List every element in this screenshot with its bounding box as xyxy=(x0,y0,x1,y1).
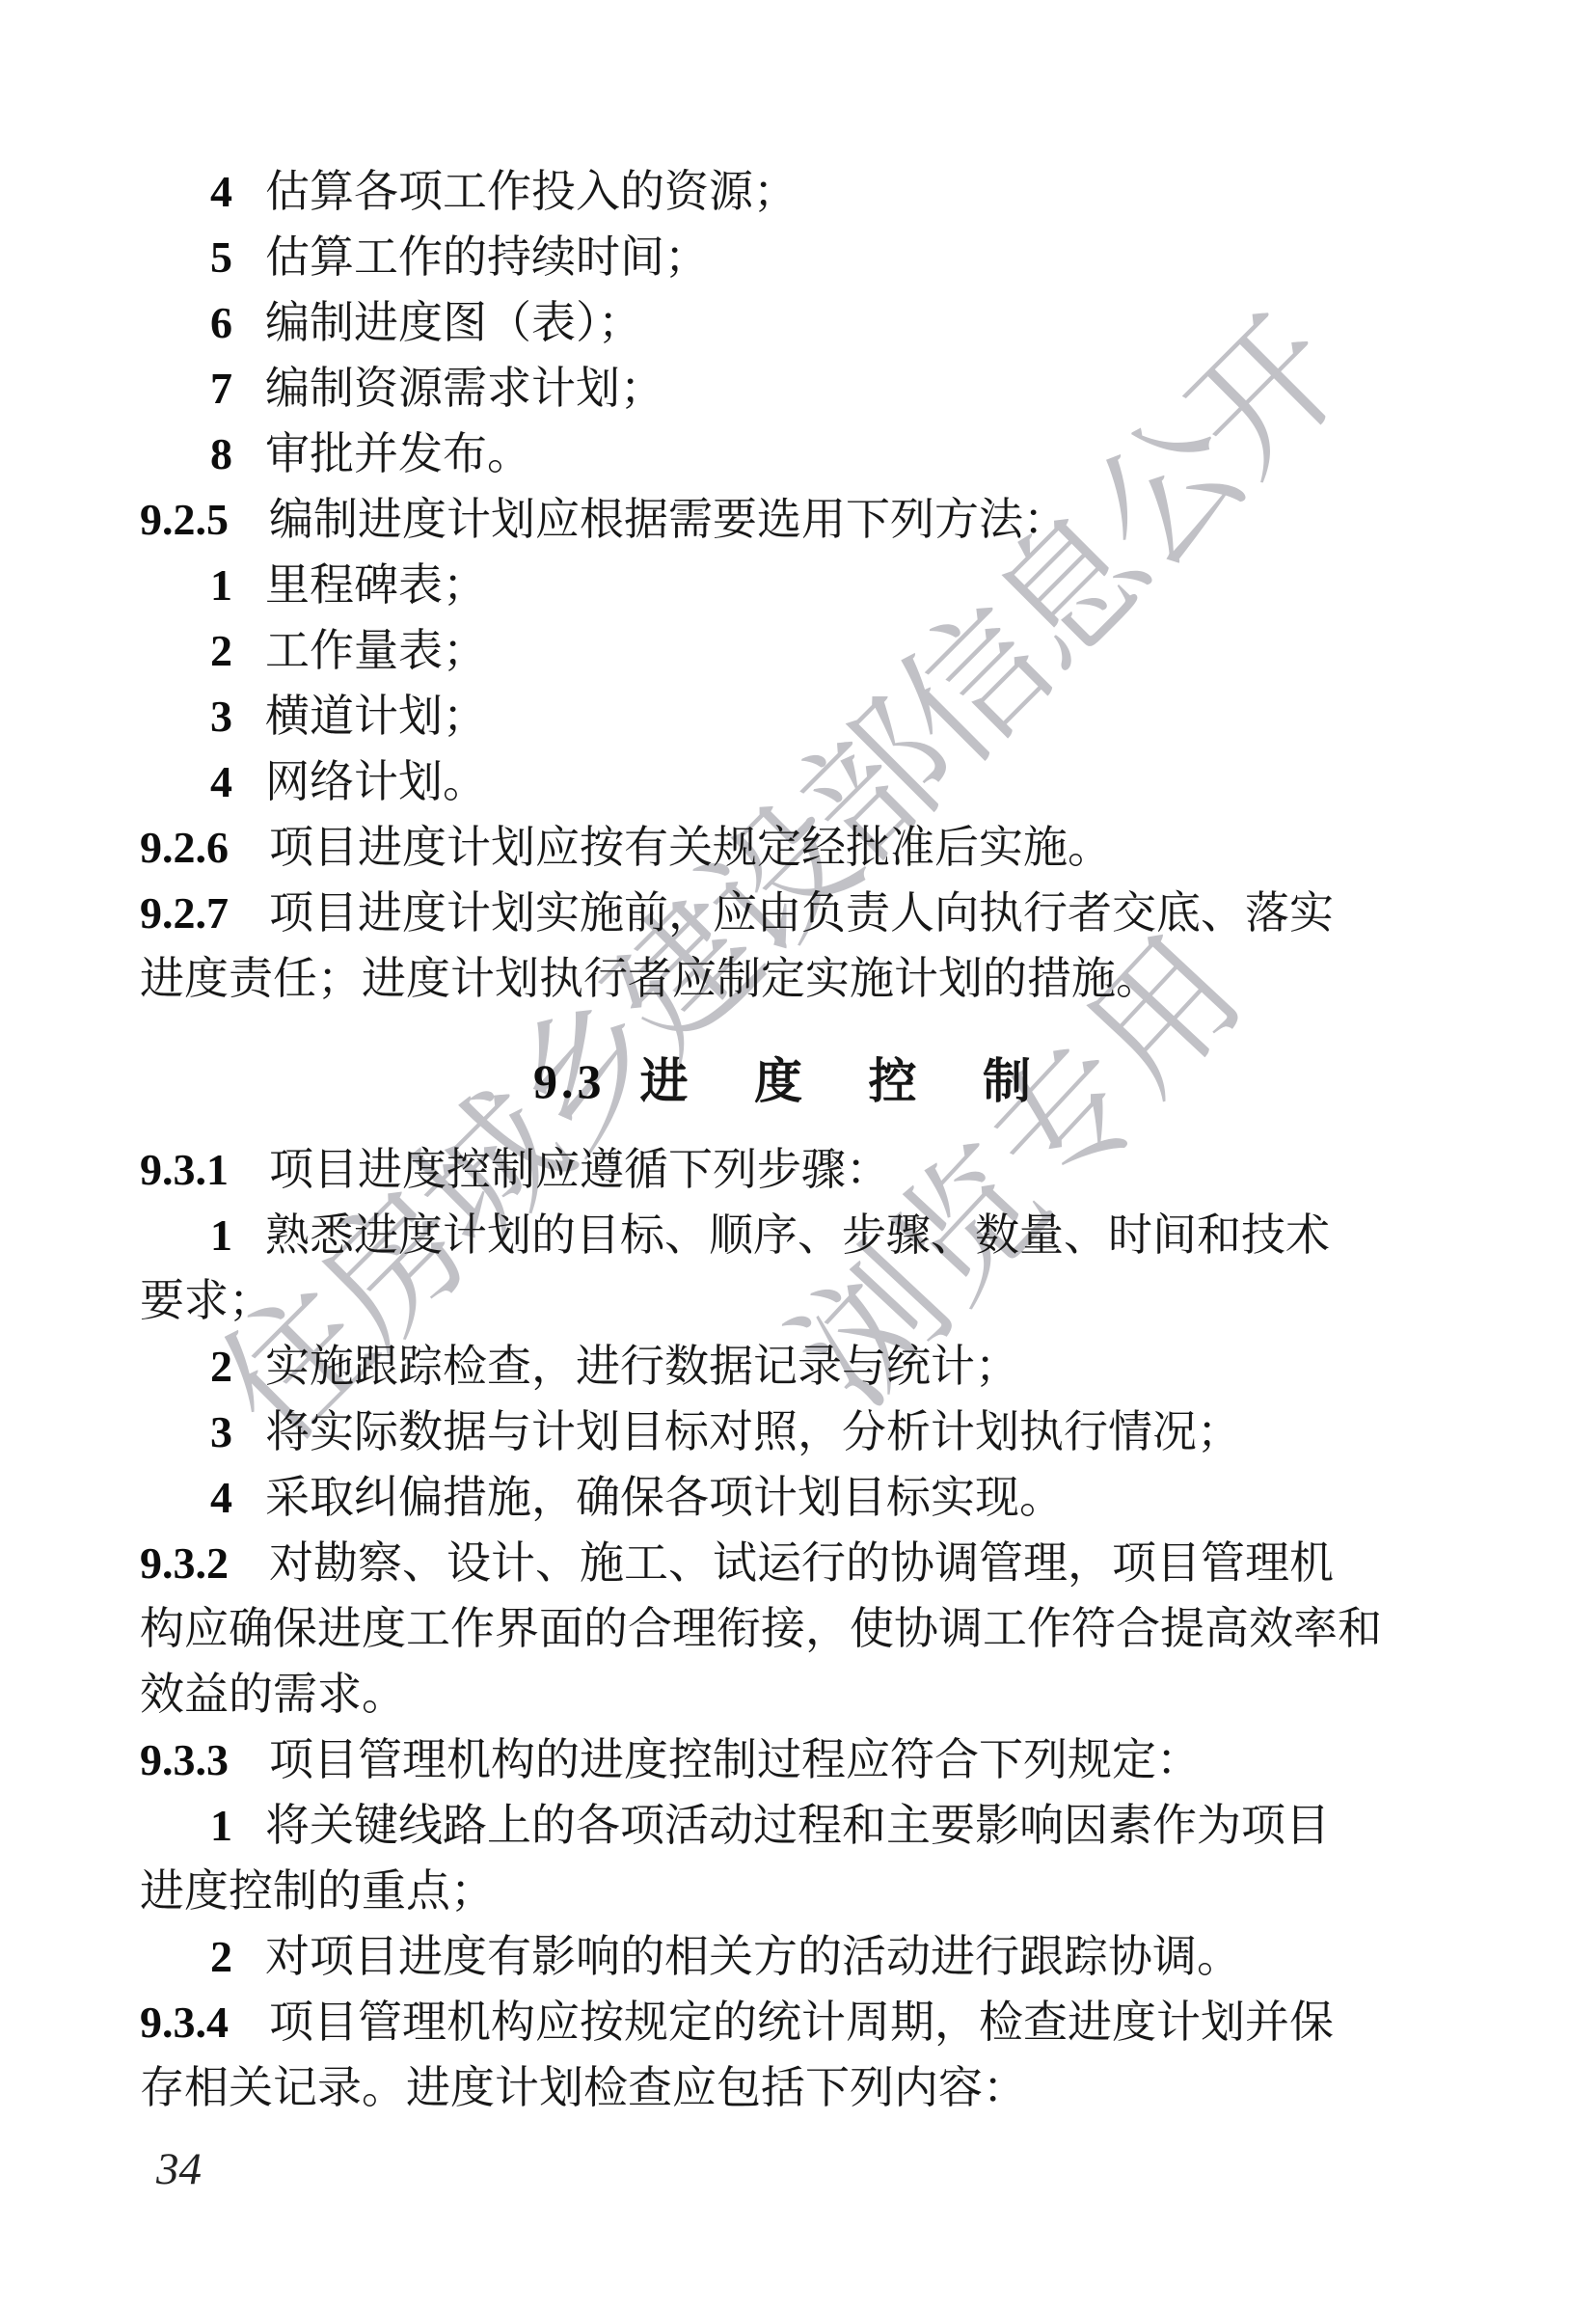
line-text: 编制进度图（表）； xyxy=(265,298,642,347)
body-line: 8审批并发布。 xyxy=(140,421,1336,487)
line-number: 2 xyxy=(210,1924,232,1990)
body-line: 9.3.2对勘察、设计、施工、试运行的协调管理，项目管理机 xyxy=(140,1531,1336,1596)
line-text: 进度控制的重点； xyxy=(140,1866,495,1916)
body-line: 1熟悉进度计划的目标、顺序、步骤、数量、时间和技术 xyxy=(140,1203,1336,1268)
line-text: 估算各项工作投入的资源； xyxy=(265,167,798,216)
line-text: 项目管理机构的进度控制过程应符合下列规定： xyxy=(269,1735,1201,1784)
body-line: 进度控制的重点； xyxy=(140,1859,1336,1924)
body-line: 9.2.6项目进度计划应按有关规定经批准后实施。 xyxy=(140,815,1336,881)
body-line: 9.2.7项目进度计划实施前，应由负责人向执行者交底、落实 xyxy=(140,881,1336,946)
line-number: 4 xyxy=(210,749,232,815)
body-line: 5估算工作的持续时间； xyxy=(140,225,1336,290)
line-text: 对勘察、设计、施工、试运行的协调管理，项目管理机 xyxy=(269,1538,1334,1588)
document-lines: 4估算各项工作投入的资源；5估算工作的持续时间；6编制进度图（表）；7编制资源需… xyxy=(140,159,1336,2121)
line-text: 里程碑表； xyxy=(265,560,487,610)
line-text: 将实际数据与计划目标对照，分析计划执行情况； xyxy=(265,1407,1241,1456)
line-text: 横道计划； xyxy=(265,692,487,741)
line-text: 工作量表； xyxy=(265,626,487,675)
line-text: 对项目进度有影响的相关方的活动进行跟踪协调。 xyxy=(265,1932,1241,1981)
line-number: 1 xyxy=(210,1203,232,1268)
body-line: 1将关键线路上的各项活动过程和主要影响因素作为项目 xyxy=(140,1793,1336,1859)
document-page: 住房城乡建设部信息公开 浏览专用 4估算各项工作投入的资源；5估算工作的持续时间… xyxy=(0,0,1596,2311)
line-text: 进 度 控 制 xyxy=(640,1054,1059,1108)
body-line: 3横道计划； xyxy=(140,684,1336,749)
line-number: 9.3.3 xyxy=(140,1727,229,1793)
line-number: 1 xyxy=(210,1793,232,1859)
line-number: 9.3 xyxy=(533,1048,606,1114)
line-text: 编制资源需求计划； xyxy=(265,364,664,413)
body-line: 4网络计划。 xyxy=(140,749,1336,815)
line-number: 9.3.2 xyxy=(140,1531,229,1596)
body-line: 9.3.4项目管理机构应按规定的统计周期，检查进度计划并保 xyxy=(140,1990,1336,2055)
body-line: 3将实际数据与计划目标对照，分析计划执行情况； xyxy=(140,1400,1336,1465)
line-text: 构应确保进度工作界面的合理衔接，使协调工作符合提高效率和 xyxy=(140,1604,1382,1653)
line-number: 9.3.1 xyxy=(140,1137,229,1203)
line-text: 审批并发布。 xyxy=(265,429,531,478)
line-text: 存相关记录。进度计划检查应包括下列内容： xyxy=(140,2063,1027,2112)
body-line: 9.3.1项目进度控制应遵循下列步骤： xyxy=(140,1137,1336,1203)
body-line: 进度责任；进度计划执行者应制定实施计划的措施。 xyxy=(140,946,1336,1012)
body-line: 要求； xyxy=(140,1268,1336,1334)
line-text: 进度责任；进度计划执行者应制定实施计划的措施。 xyxy=(140,954,1160,1003)
section-heading: 9.3进 度 控 制 xyxy=(140,1048,1336,1114)
line-text: 采取纠偏措施，确保各项计划目标实现。 xyxy=(265,1473,1064,1522)
line-text: 估算工作的持续时间； xyxy=(265,232,709,282)
line-number: 7 xyxy=(210,356,232,421)
body-line: 2实施跟踪检查，进行数据记录与统计； xyxy=(140,1334,1336,1400)
line-text: 将关键线路上的各项活动过程和主要影响因素作为项目 xyxy=(265,1801,1330,1850)
line-text: 项目进度控制应遵循下列步骤： xyxy=(269,1145,890,1194)
line-text: 要求； xyxy=(140,1276,273,1325)
line-text: 熟悉进度计划的目标、顺序、步骤、数量、时间和技术 xyxy=(265,1210,1330,1260)
body-line: 9.2.5编制进度计划应根据需要选用下列方法： xyxy=(140,487,1336,553)
line-text: 实施跟踪检查，进行数据记录与统计； xyxy=(265,1342,1019,1391)
line-text: 编制进度计划应根据需要选用下列方法： xyxy=(269,495,1068,544)
body-line: 4采取纠偏措施，确保各项计划目标实现。 xyxy=(140,1465,1336,1531)
line-text: 项目进度计划应按有关规定经批准后实施。 xyxy=(269,823,1112,872)
page-number: 34 xyxy=(156,2143,202,2195)
line-number: 9.3.4 xyxy=(140,1990,229,2055)
line-number: 2 xyxy=(210,1334,232,1400)
line-number: 8 xyxy=(210,421,232,487)
line-number: 9.2.7 xyxy=(140,881,229,946)
line-number: 4 xyxy=(210,159,232,225)
body-line: 4估算各项工作投入的资源； xyxy=(140,159,1336,225)
line-text: 网络计划。 xyxy=(265,757,487,806)
line-text: 项目进度计划实施前，应由负责人向执行者交底、落实 xyxy=(269,888,1334,938)
body-line: 1里程碑表； xyxy=(140,553,1336,618)
line-number: 2 xyxy=(210,618,232,684)
body-line: 6编制进度图（表）； xyxy=(140,290,1336,356)
line-number: 3 xyxy=(210,1400,232,1465)
body-line: 构应确保进度工作界面的合理衔接，使协调工作符合提高效率和 xyxy=(140,1596,1336,1662)
line-number: 3 xyxy=(210,684,232,749)
line-text: 效益的需求。 xyxy=(140,1670,406,1719)
body-line: 7编制资源需求计划； xyxy=(140,356,1336,421)
body-line: 存相关记录。进度计划检查应包括下列内容： xyxy=(140,2055,1336,2121)
body-line: 2对项目进度有影响的相关方的活动进行跟踪协调。 xyxy=(140,1924,1336,1990)
body-line: 9.3.3项目管理机构的进度控制过程应符合下列规定： xyxy=(140,1727,1336,1793)
line-number: 9.2.6 xyxy=(140,815,229,881)
body-line: 效益的需求。 xyxy=(140,1662,1336,1727)
line-text: 项目管理机构应按规定的统计周期，检查进度计划并保 xyxy=(269,1998,1334,2047)
body-line: 2工作量表； xyxy=(140,618,1336,684)
line-number: 9.2.5 xyxy=(140,487,229,553)
line-number: 1 xyxy=(210,553,232,618)
line-number: 6 xyxy=(210,290,232,356)
line-number: 5 xyxy=(210,225,232,290)
line-number: 4 xyxy=(210,1465,232,1531)
